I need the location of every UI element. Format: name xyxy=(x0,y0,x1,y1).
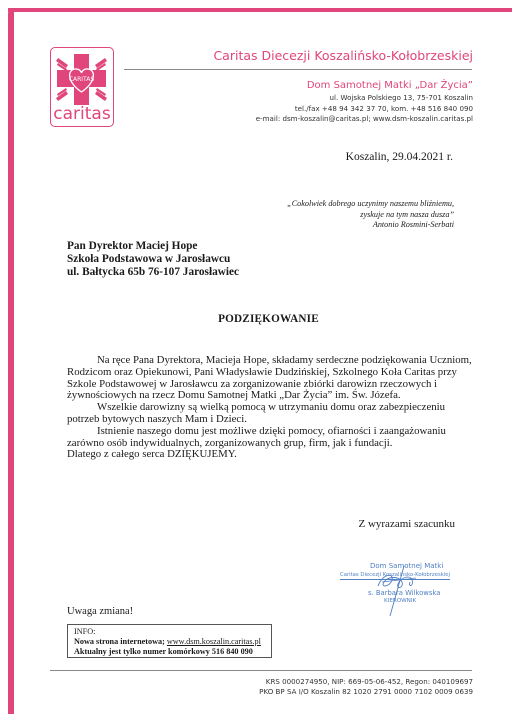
footer-divider xyxy=(50,670,472,671)
logo-wordmark: caritas xyxy=(51,104,113,124)
change-notice-heading: Uwaga zmiana! xyxy=(67,606,133,617)
contact-phone: tel./fax +48 94 342 37 70, kom. +48 516 … xyxy=(256,104,473,115)
letter-body: Na ręce Pana Dyrektora, Macieja Hope, sk… xyxy=(67,355,487,461)
phone-notice: Aktualny jest tylko numer komórkowy 516 … xyxy=(74,647,271,657)
info-box: INFO: Nowa strona internetowa; www.dsm.k… xyxy=(67,624,272,658)
footer-registration: KRS 0000274950, NIP: 669-05-06-452, Rego… xyxy=(259,677,473,697)
body-line: Dlatego z całego serca DZIĘKUJEMY. xyxy=(67,449,487,461)
footer-registry-ids: KRS 0000274950, NIP: 669-05-06-452, Rego… xyxy=(259,677,473,687)
closing-salutation: Z wyrazami szacunku xyxy=(358,518,455,530)
footer-bank-account: PKO BP SA I/O Koszalin 82 1020 2791 0000… xyxy=(259,687,473,697)
letter-title: PODZIĘKOWANIE xyxy=(0,313,523,325)
contact-email-www: e-mail: dsm-koszalin@caritas.pl; www.dsm… xyxy=(256,114,473,125)
body-line: Rodzicom oraz Opiekunowi, Pani Władysław… xyxy=(67,367,487,379)
recipient-school: Szkoła Podstawowa w Jarosławcu xyxy=(67,253,239,266)
signature-icon xyxy=(338,560,463,618)
recipient-street: ul. Bałtycka 65b 76-107 Jarosławiec xyxy=(67,266,239,279)
official-stamp: Dom Samotnej Matki Caritas Diecezji Kosz… xyxy=(338,560,463,615)
motto-line-2: zyskuje na tym nasza dusza” xyxy=(287,210,454,221)
body-line: Istnienie naszego domu jest możliwe dzię… xyxy=(67,426,487,438)
motto-author: Antonio Rosmini-Serbati xyxy=(287,220,454,231)
recipient-address: Pan Dyrektor Maciej Hope Szkoła Podstawo… xyxy=(67,240,239,280)
website-link[interactable]: www.dsm.koszalin.caritas.pl xyxy=(167,637,261,646)
letterhead-border-left xyxy=(8,8,14,714)
letterhead-border-top xyxy=(8,8,512,12)
caritas-logo: CARITAS caritas xyxy=(50,47,114,127)
contact-block: ul. Wojska Polskiego 13, 75-701 Koszalin… xyxy=(256,93,473,125)
new-website-label: Nowa strona internetowa; xyxy=(74,637,165,646)
svg-text:CARITAS: CARITAS xyxy=(69,76,95,83)
new-website-line: Nowa strona internetowa; www.dsm.koszali… xyxy=(74,637,271,647)
recipient-name: Pan Dyrektor Maciej Hope xyxy=(67,240,239,253)
body-line: potrzeb bytowych naszych Mam i Dzieci. xyxy=(67,414,487,426)
motto-quote: „Cokolwiek dobrego uczynimy naszemu bliź… xyxy=(287,199,454,231)
institution-name: Dom Samotnej Matki „Dar Życia” xyxy=(307,80,473,91)
header-divider xyxy=(124,69,472,70)
info-label: INFO: xyxy=(74,627,271,637)
motto-line-1: „Cokolwiek dobrego uczynimy naszemu bliź… xyxy=(287,199,454,210)
organization-name: Caritas Diecezji Koszalińsko-Kołobrzeski… xyxy=(213,48,473,63)
caritas-cross-icon: CARITAS xyxy=(55,52,108,107)
letter-date: Koszalin, 29.04.2021 r. xyxy=(346,151,453,163)
contact-address: ul. Wojska Polskiego 13, 75-701 Koszalin xyxy=(256,93,473,104)
